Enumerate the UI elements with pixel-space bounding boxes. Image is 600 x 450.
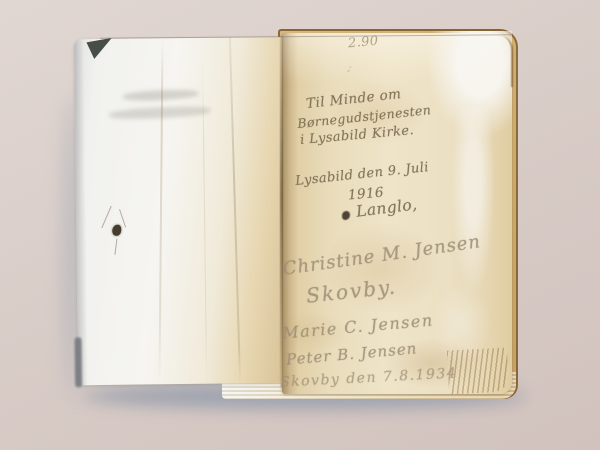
open-book: 2.90 ; Til Minde om Børnegudstjenesten i… bbox=[74, 28, 518, 400]
page-crease bbox=[202, 38, 207, 384]
torn-corner-dark-cover bbox=[86, 38, 113, 59]
ink-blot bbox=[112, 225, 121, 236]
torn-white-patch-mid bbox=[452, 108, 494, 293]
left-page bbox=[74, 37, 290, 386]
embossed-stamp-line2 bbox=[109, 105, 211, 121]
ink-scratch bbox=[119, 209, 126, 227]
photo-scene: 2.90 ; Til Minde om Børnegudstjenesten i… bbox=[0, 0, 600, 450]
ink-scratch bbox=[101, 206, 111, 228]
left-page-edge-shade bbox=[74, 39, 88, 385]
page-fold-crease bbox=[229, 37, 241, 383]
ink-scratch bbox=[114, 239, 117, 255]
cover-edge-sliver bbox=[75, 337, 83, 387]
corner-rim-chip bbox=[485, 35, 513, 87]
right-page: 2.90 ; Til Minde om Børnegudstjenesten i… bbox=[282, 33, 512, 394]
